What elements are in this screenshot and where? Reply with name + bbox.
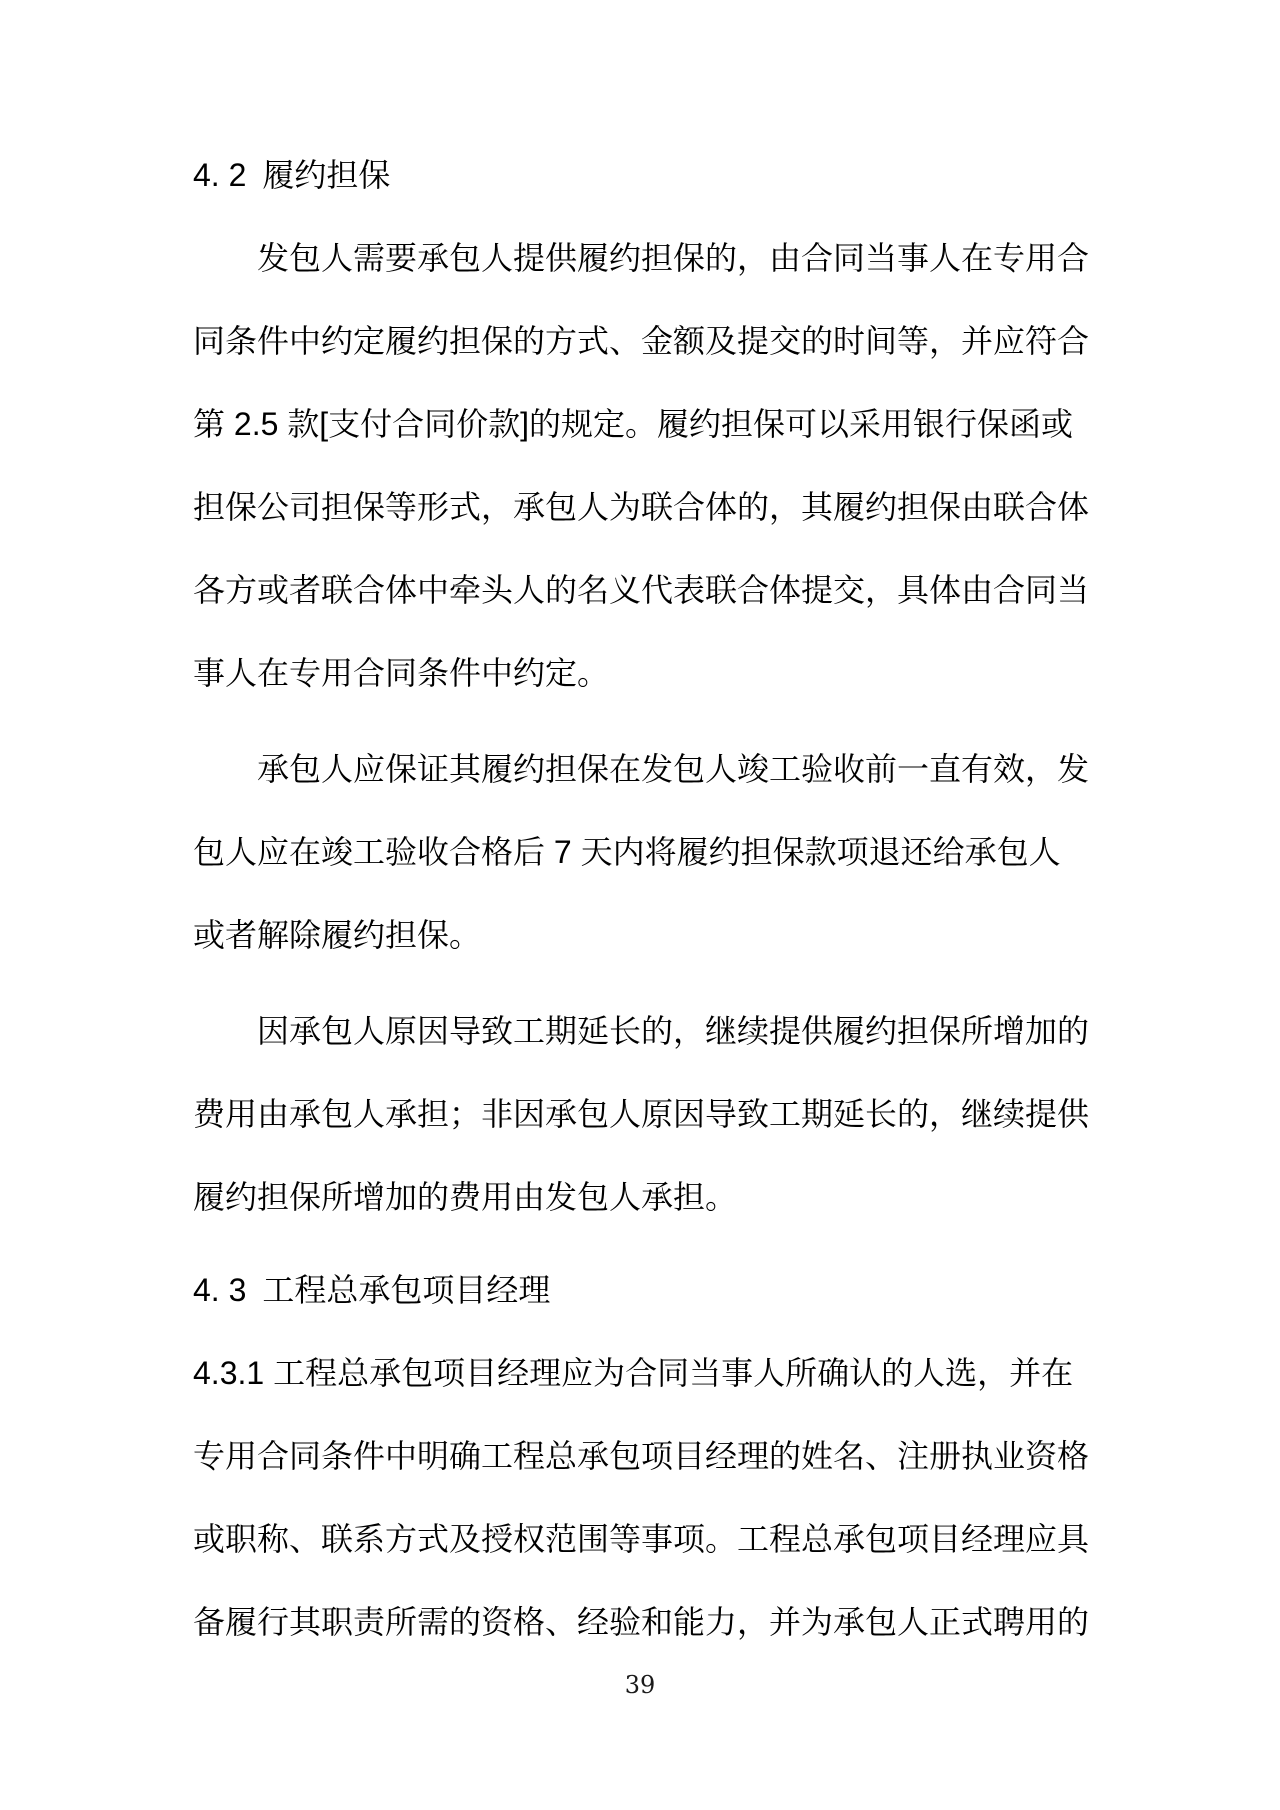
text-line: 担保公司担保等形式，承包人为联合体的，其履约担保由联合体 bbox=[193, 466, 1093, 549]
text-line: 包人应在竣工验收合格后 7 天内将履约担保款项退还给承包人 bbox=[193, 811, 1093, 894]
document-body: 4. 2履约担保 发包人需要承包人提供履约担保的，由合同当事人在专用合 同条件中… bbox=[193, 134, 1093, 1664]
text-line: 备履行其职责所需的资格、经验和能力，并为承包人正式聘用的 bbox=[193, 1581, 1093, 1664]
text-line: 事人在专用合同条件中约定。 bbox=[193, 632, 1093, 715]
text-line: 承包人应保证其履约担保在发包人竣工验收前一直有效，发 bbox=[193, 728, 1093, 811]
section-number: 4. 3 bbox=[193, 1272, 246, 1308]
text-line: 履约担保所增加的费用由发包人承担。 bbox=[193, 1156, 1093, 1239]
text-line: 专用合同条件中明确工程总承包项目经理的姓名、注册执业资格 bbox=[193, 1415, 1093, 1498]
section-title: 履约担保 bbox=[262, 157, 390, 193]
section-title: 工程总承包项目经理 bbox=[262, 1272, 550, 1308]
paragraph-performance-guarantee-3: 因承包人原因导致工期延长的，继续提供履约担保所增加的 费用由承包人承担；非因承包… bbox=[193, 990, 1093, 1239]
text-line: 各方或者联合体中牵头人的名义代表联合体提交，具体由合同当 bbox=[193, 549, 1093, 632]
section-heading-4-2: 4. 2履约担保 bbox=[193, 134, 1093, 217]
paragraph-clause-4-3-1: 4.3.1 工程总承包项目经理应为合同当事人所确认的人选，并在 专用合同条件中明… bbox=[193, 1332, 1093, 1664]
paragraph-performance-guarantee-2: 承包人应保证其履约担保在发包人竣工验收前一直有效，发 包人应在竣工验收合格后 7… bbox=[193, 728, 1093, 977]
text-line: 同条件中约定履约担保的方式、金额及提交的时间等，并应符合 bbox=[193, 300, 1093, 383]
text-line: 费用由承包人承担；非因承包人原因导致工期延长的，继续提供 bbox=[193, 1073, 1093, 1156]
text-line: 或职称、联系方式及授权范围等事项。工程总承包项目经理应具 bbox=[193, 1498, 1093, 1581]
text-line: 或者解除履约担保。 bbox=[193, 894, 1093, 977]
page-number: 39 bbox=[0, 1668, 1280, 1702]
paragraph-performance-guarantee-1: 发包人需要承包人提供履约担保的，由合同当事人在专用合 同条件中约定履约担保的方式… bbox=[193, 217, 1093, 715]
text-line: 因承包人原因导致工期延长的，继续提供履约担保所增加的 bbox=[193, 990, 1093, 1073]
text-line: 第 2.5 款[支付合同价款]的规定。履约担保可以采用银行保函或 bbox=[193, 383, 1093, 466]
section-number: 4. 2 bbox=[193, 157, 246, 193]
text-line: 4.3.1 工程总承包项目经理应为合同当事人所确认的人选，并在 bbox=[193, 1332, 1093, 1415]
document-page: 4. 2履约担保 发包人需要承包人提供履约担保的，由合同当事人在专用合 同条件中… bbox=[0, 0, 1280, 1810]
section-heading-4-3: 4. 3工程总承包项目经理 bbox=[193, 1249, 1093, 1332]
text-line: 发包人需要承包人提供履约担保的，由合同当事人在专用合 bbox=[193, 217, 1093, 300]
